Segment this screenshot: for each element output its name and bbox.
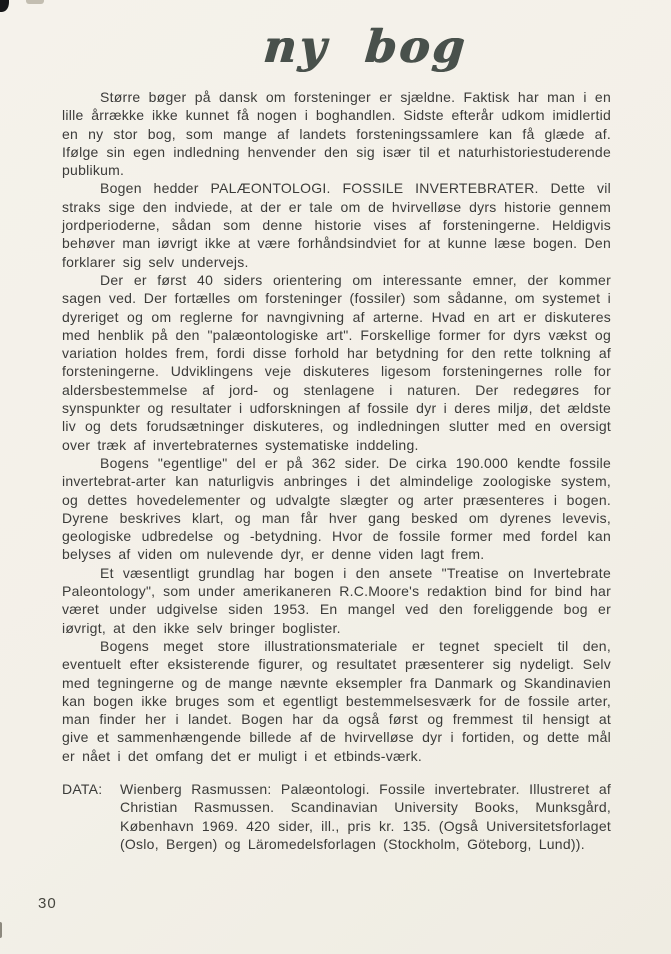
page-number: 30 <box>38 895 57 912</box>
article-body: Større bøger på dansk om forsteninger er… <box>62 88 611 853</box>
paragraph-2: Bogen hedder PALÆONTOLOGI. FOSSILE INVER… <box>62 179 611 270</box>
paragraph-4: Bogens "egentlige" del er på 362 sider. … <box>62 454 611 564</box>
scanned-page: ny bog Større bøger på dansk om forsteni… <box>0 0 671 954</box>
data-block: DATA: Wienberg Rasmussen: Palæontologi. … <box>62 780 611 853</box>
data-label: DATA: <box>62 780 120 853</box>
page-title: ny bog <box>0 18 671 76</box>
scan-artifact-top <box>26 0 44 4</box>
paragraph-3: Der er først 40 siders orientering om in… <box>62 271 611 454</box>
scan-artifact-left-edge <box>0 922 2 938</box>
data-citation-text: Wienberg Rasmussen: Palæontologi. Fossil… <box>120 780 611 853</box>
paragraph-1: Større bøger på dansk om forsteninger er… <box>62 88 611 179</box>
paragraph-6: Bogens meget store illustrationsmaterial… <box>62 637 611 765</box>
paragraph-5: Et væsentligt grundlag har bogen i den a… <box>62 564 611 637</box>
scan-artifact-corner <box>0 0 9 12</box>
